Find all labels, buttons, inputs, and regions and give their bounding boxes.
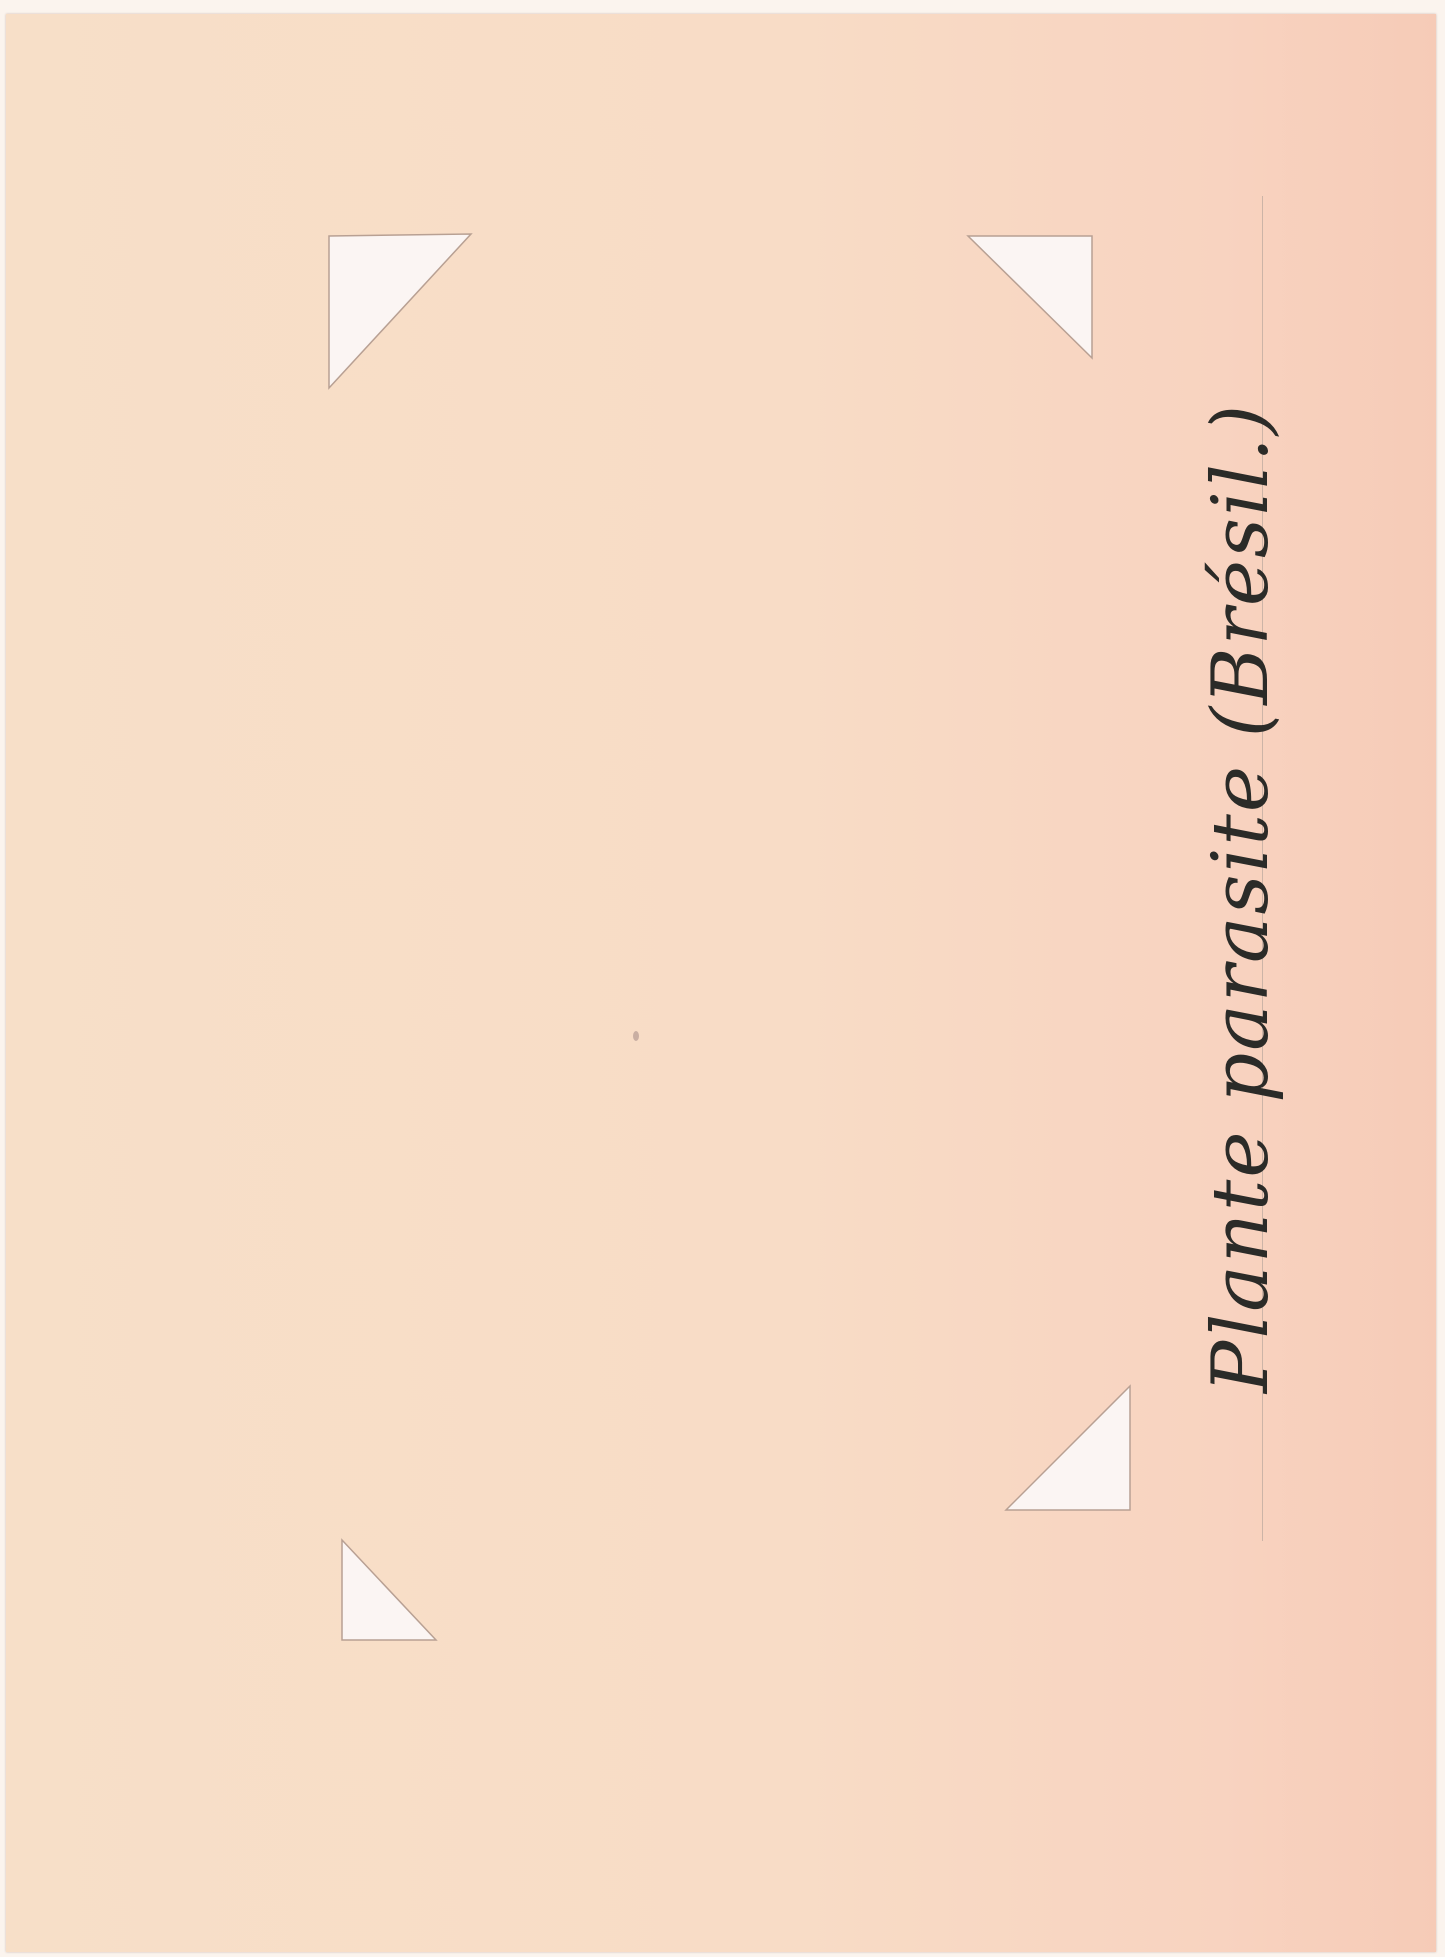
photo-corner-top-left xyxy=(325,232,475,392)
photo-corner-top-right xyxy=(966,232,1096,362)
mounting-card: Plante parasite (Brésil.) xyxy=(6,14,1436,1952)
handwritten-caption: Plante parasite (Brésil.) xyxy=(1196,403,1286,1393)
photo-corner-bottom-right xyxy=(1004,1384,1134,1514)
photo-corner-bottom-left xyxy=(338,1538,438,1644)
paper-speck xyxy=(633,1031,639,1041)
